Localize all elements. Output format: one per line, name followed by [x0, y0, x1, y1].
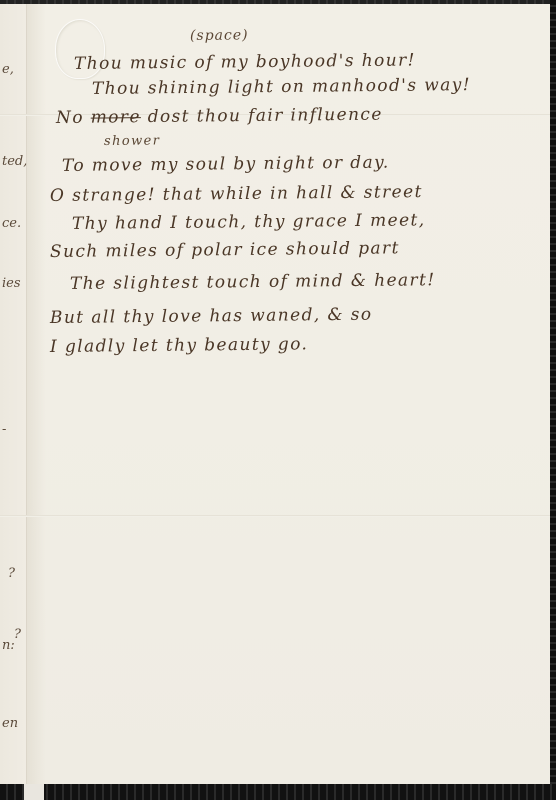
scan-bottom-edge [0, 784, 556, 800]
poem-line-3-end: dost thou fair influence [141, 105, 383, 128]
poem-line-7: Such miles of polar ice should part [50, 238, 400, 262]
inserted-word: shower [104, 133, 160, 149]
poem-line-8: The slightest touch of mind & heart! [70, 270, 436, 294]
space-note: (space) [190, 27, 249, 44]
scan-frame: e, ted, ce. ies - ? ? n: en (space) Thou… [0, 0, 556, 800]
poem-line-2: Thou shining light on manhood's way! [92, 75, 471, 99]
poem-line-6: Thy hand I touch, thy grace I meet, [72, 210, 426, 234]
poem-line-9: But all thy love has waned, & so [50, 305, 373, 328]
scan-calibration-tab [24, 784, 44, 800]
poem-line-5: O strange! that while in hall & street [50, 182, 423, 206]
poem-line-10: I gladly let thy beauty go. [50, 334, 309, 357]
poem-line-4: To move my soul by night or day. [62, 153, 390, 176]
manuscript-page: e, ted, ce. ies - ? ? n: en (space) Thou… [0, 4, 550, 784]
poem-body: (space) Thou music of my boyhood's hour!… [0, 4, 550, 784]
poem-line-1: Thou music of my boyhood's hour! [74, 50, 416, 74]
scan-right-edge [550, 0, 556, 800]
struck-word: more [91, 107, 141, 128]
poem-line-3: No more dost thou fair influence [56, 105, 383, 128]
poem-line-3-start: No [56, 108, 91, 128]
